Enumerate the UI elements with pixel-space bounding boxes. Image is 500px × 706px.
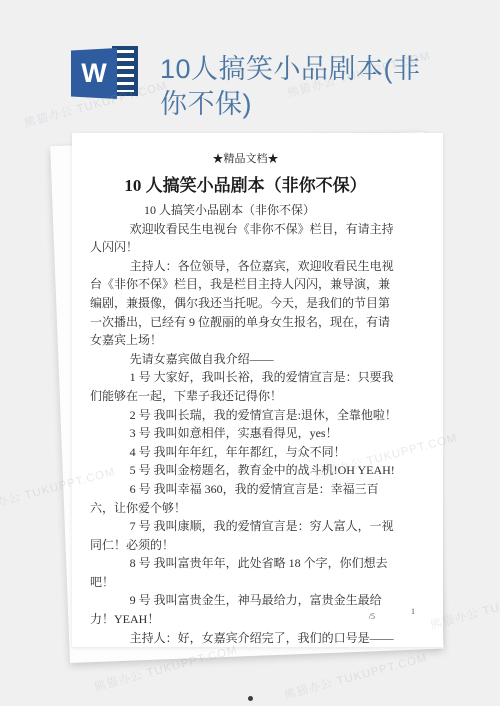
document-page-preview: ★精品文档★ 10 人搞笑小品剧本（非你不保） 10 人搞笑小品剧本（非你不保）…	[72, 133, 443, 647]
doc-paragraph: 2 号 我叫长瑞，我的爱情宣言是:退休，全靠他啦！	[90, 406, 401, 425]
doc-paragraph: 主持人：好，女嘉宾介绍完了，我们的口号是——	[90, 629, 401, 648]
doc-paragraph: 10 人搞笑小品剧本（非你不保）	[90, 201, 401, 220]
doc-paragraph: 1 号 大家好，我叫长裕，我的爱情宣言是：只要我们能够在一起，下辈子我还记得你！	[90, 368, 401, 405]
document-content: ★精品文档★ 10 人搞笑小品剧本（非你不保） 10 人搞笑小品剧本（非你不保）…	[72, 133, 443, 647]
doc-paragraph: 4 号 我叫年年红，年年都红，与众不同！	[90, 443, 401, 462]
doc-quality-badge: ★精品文档★	[90, 152, 401, 167]
doc-title: 10 人搞笑小品剧本（非你不保）	[90, 175, 401, 197]
doc-paragraph: 5 号 我叫金榜题名，教育金中的战斗机!OH YEAH!	[90, 461, 401, 480]
doc-page-number: 1	[411, 607, 415, 616]
watermark-text: 熊猫办公 TUKUPPT.COM	[282, 649, 429, 703]
carousel-dot[interactable]	[248, 696, 253, 701]
doc-paragraph: 6 号 我叫幸福 360，我的爱情宣言是：幸福三百六，让你爱个够！	[90, 480, 401, 517]
doc-paragraph: 9 号 我叫富贵金生，神马最给力，富贵金生最给力！YEAH！	[90, 591, 401, 628]
page-title: 10人搞笑小品剧本(非你不保)	[160, 52, 448, 122]
doc-body: 10 人搞笑小品剧本（非你不保） 欢迎收看民生电视台《非你不保》栏目，有请主持人…	[90, 201, 401, 647]
doc-paragraph: 主持人：各位领导，各位嘉宾，欢迎收看民生电视台《非你不保》栏目，我是栏目主持人闪…	[90, 257, 401, 350]
doc-paragraph: 欢迎收看民生电视台《非你不保》栏目，有请主持人闪闪！	[90, 220, 401, 257]
doc-paragraph: 7 号 我叫康顺，我的爱情宣言是：穷人富人，一视同仁！必须的！	[90, 517, 401, 554]
doc-paragraph: 先请女嘉宾做自我介绍——	[90, 350, 401, 369]
word-w-icon: W	[71, 48, 117, 99]
doc-page-indicator: /5	[369, 612, 375, 621]
word-file-icon: W	[71, 45, 138, 102]
doc-paragraph: 3 号 我叫如意相伴，实惠看得见，yes！	[90, 424, 401, 443]
doc-paragraph: 8 号 我叫富贵年年，此处省略 18 个字，你们想去吧！	[90, 554, 401, 591]
